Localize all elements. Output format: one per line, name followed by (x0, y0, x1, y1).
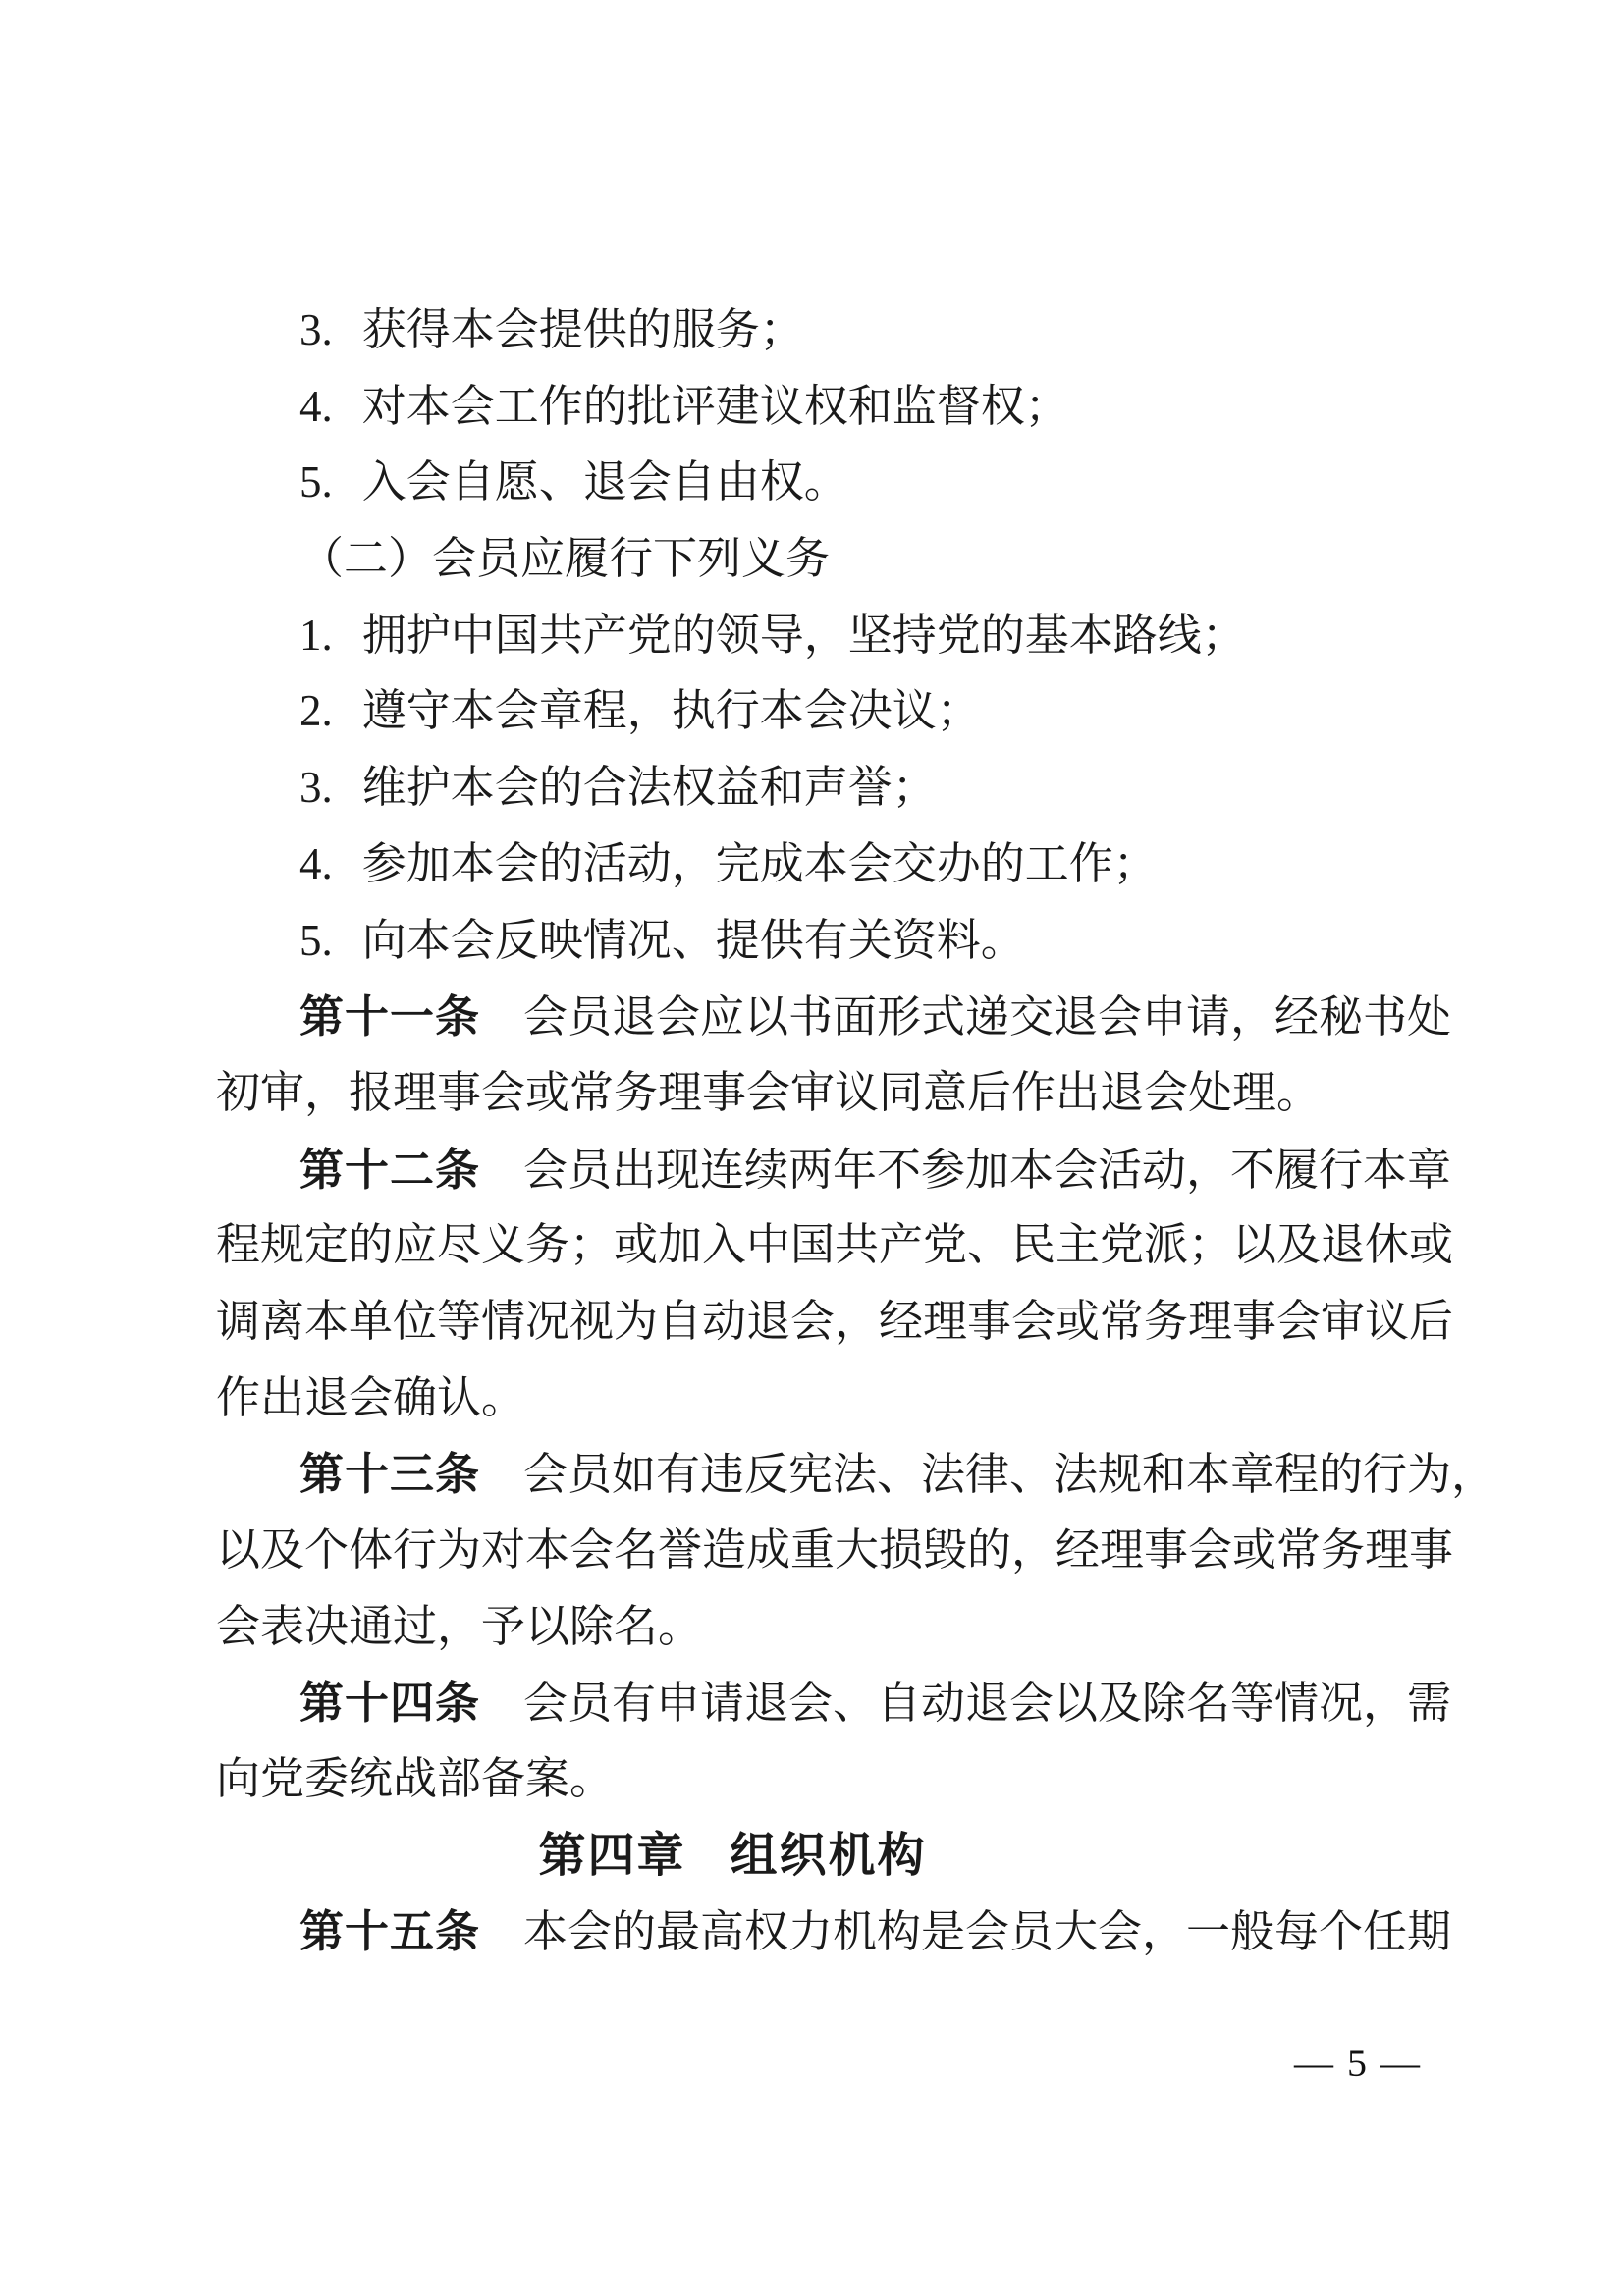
line-text: 拥护中国共产党的领导，坚持党的基本路线； (362, 611, 1246, 660)
text-line: 调离本单位等情况视为自动退会，经理事会或常务理事会审议后 (216, 1284, 1465, 1361)
document-page: 3.获得本会提供的服务；4.对本会工作的批评建议权和监督权；5.入会自愿、退会自… (216, 293, 1465, 1970)
text-line: 2.遵守本会章程，执行本会决议； (216, 673, 1465, 750)
line-text: 调离本单位等情况视为自动退会，经理事会或常务理事会审议后 (216, 1297, 1453, 1346)
text-line: 第十二条会员出现连续两年不参加本会活动，不履行本章 (216, 1132, 1465, 1208)
list-item-number: 4. (299, 827, 333, 903)
list-item-number: 3. (299, 293, 333, 369)
text-line: 1.拥护中国共产党的领导，坚持党的基本路线； (216, 598, 1465, 674)
line-text: 遵守本会章程，执行本会决议； (362, 686, 981, 735)
article-label: 第十四条 (299, 1678, 480, 1728)
line-text: （二）会员应履行下列义务 (299, 534, 830, 583)
line-text: 会员出现连续两年不参加本会活动，不履行本章 (523, 1146, 1451, 1195)
line-text: 对本会工作的批评建议权和监督权； (362, 382, 1069, 431)
line-text: 以及个体行为对本会名誉造成重大损毁的，经理事会或常务理事 (216, 1525, 1453, 1575)
line-text: 初审，报理事会或常务理事会审议同意后作出退会处理。 (216, 1068, 1321, 1117)
document-lines: 3.获得本会提供的服务；4.对本会工作的批评建议权和监督权；5.入会自愿、退会自… (216, 293, 1465, 1970)
line-text: 会员退会应以书面形式递交退会申请，经秘书处 (523, 992, 1451, 1041)
line-text: 会员有申请退会、自动退会以及除名等情况，需 (523, 1679, 1451, 1728)
text-line: 3.获得本会提供的服务； (216, 293, 1465, 369)
article-label: 第十三条 (299, 1449, 480, 1499)
list-item-number: 1. (299, 598, 333, 674)
text-line: 程规定的应尽义务；或加入中国共产党、民主党派；以及退休或 (216, 1207, 1465, 1284)
article-label: 第十五条 (299, 1906, 480, 1956)
article-label: 第十二条 (299, 1145, 480, 1195)
text-line: 4.对本会工作的批评建议权和监督权； (216, 369, 1465, 446)
text-line: 第十三条会员如有违反宪法、法律、法规和本章程的行为， (216, 1436, 1465, 1513)
line-text: 获得本会提供的服务； (362, 305, 804, 354)
text-line: 3.维护本会的合法权益和声誉； (216, 750, 1465, 827)
line-text: 会员如有违反宪法、法律、法规和本章程的行为， (523, 1450, 1495, 1499)
chapter-heading: 第四章组织机构 (108, 1818, 1357, 1895)
line-text: 入会自愿、退会自由权。 (362, 457, 848, 507)
text-line: 5.向本会反映情况、提供有关资料。 (216, 903, 1465, 980)
text-line: 以及个体行为对本会名誉造成重大损毁的，经理事会或常务理事 (216, 1513, 1465, 1589)
text-line: 第十一条会员退会应以书面形式递交退会申请，经秘书处 (216, 979, 1465, 1055)
text-line: 第十四条会员有申请退会、自动退会以及除名等情况，需 (216, 1665, 1465, 1741)
article-label: 第十一条 (299, 991, 480, 1041)
text-line: （二）会员应履行下列义务 (216, 521, 1465, 598)
line-text: 向党委统战部备案。 (216, 1754, 614, 1803)
text-line: 会表决通过，予以除名。 (216, 1589, 1465, 1666)
text-line: 4.参加本会的活动，完成本会交办的工作； (216, 827, 1465, 903)
line-text: 会表决通过，予以除名。 (216, 1602, 702, 1651)
list-item-number: 3. (299, 750, 333, 827)
list-item-number: 5. (299, 445, 333, 521)
text-line: 初审，报理事会或常务理事会审议同意后作出退会处理。 (216, 1055, 1465, 1132)
line-text: 作出退会确认。 (216, 1373, 525, 1422)
chapter-number: 第四章 (538, 1830, 685, 1882)
chapter-title: 组织机构 (731, 1830, 927, 1882)
line-text: 向本会反映情况、提供有关资料。 (362, 916, 1025, 965)
list-item-number: 2. (299, 673, 333, 750)
text-line: 作出退会确认。 (216, 1361, 1465, 1437)
list-item-number: 5. (299, 903, 333, 980)
line-text: 参加本会的活动，完成本会交办的工作； (362, 839, 1158, 888)
line-text: 维护本会的合法权益和声誉； (362, 763, 937, 812)
text-line: 第十五条本会的最高权力机构是会员大会，一般每个任期 (216, 1894, 1465, 1970)
text-line: 5.入会自愿、退会自由权。 (216, 445, 1465, 521)
page-number: — 5 — (1294, 2034, 1422, 2093)
text-line: 向党委统战部备案。 (216, 1741, 1465, 1818)
line-text: 程规定的应尽义务；或加入中国共产党、民主党派；以及退休或 (216, 1220, 1453, 1269)
list-item-number: 4. (299, 369, 333, 446)
line-text: 本会的最高权力机构是会员大会，一般每个任期 (523, 1907, 1451, 1956)
